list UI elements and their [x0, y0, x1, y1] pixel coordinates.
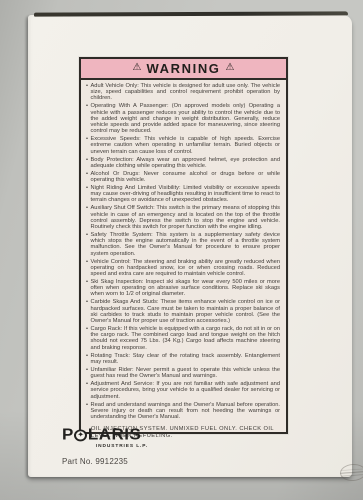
booklet-top-edge	[34, 11, 348, 16]
warning-item: •Adjustment And Service: If you are not …	[86, 381, 280, 400]
warning-item: •Read and understand warnings and the Ow…	[86, 402, 280, 421]
manual-back-page: ⚠ WARNING ⚠ •Adult Vehicle Only: This ve…	[28, 15, 352, 477]
polaris-logo: P✦LARIS	[62, 427, 322, 443]
warning-item: •Night Riding And Limited Visibility: Li…	[86, 185, 280, 204]
warning-text: Operating With A Passenger: (On approved…	[91, 103, 281, 134]
warning-item: •Carbide Skags And Studs: These items en…	[86, 299, 280, 324]
alert-triangle-icon: ⚠	[226, 63, 235, 73]
warning-item: •Vehicle Control: The steering and braki…	[86, 259, 280, 278]
warning-text: Read and understand warnings and the Own…	[91, 402, 281, 421]
warning-item: •Ski Skag Inspection: Inspect ski skags …	[86, 279, 280, 298]
warning-item: •Cargo Rack: If this vehicle is equipped…	[86, 326, 280, 351]
alert-triangle-icon: ⚠	[133, 63, 142, 73]
warning-text: Rotating Track: Stay clear of the rotati…	[91, 353, 281, 365]
warning-item: •Safety Throttle System: This system is …	[86, 232, 280, 257]
warning-text: Excessive Speeds: This vehicle is capabl…	[91, 136, 281, 155]
warning-title: WARNING	[146, 61, 220, 76]
warning-text: Body Protection: Always wear an approved…	[91, 157, 281, 169]
warning-item: •Operating With A Passenger: (On approve…	[86, 103, 280, 134]
warning-item: •Alcohol Or Drugs: Never consume alcohol…	[86, 171, 280, 183]
warning-text: Safety Throttle System: This system is a…	[91, 232, 281, 257]
warning-text: Unfamiliar Rider: Never permit a guest t…	[91, 367, 281, 379]
warning-text: Adjustment And Service: If you are not f…	[91, 381, 281, 400]
warning-header: ⚠ WARNING ⚠	[81, 59, 286, 80]
logo-text-p: P	[62, 427, 74, 443]
part-number: Part No. 9912235	[62, 457, 322, 466]
warning-item: •Auxiliary Shut Off Switch: This switch …	[86, 205, 280, 230]
printer-stamp-emblem	[339, 463, 363, 482]
warning-item: •Adult Vehicle Only: This vehicle is des…	[86, 83, 280, 102]
brand-subtitle: INDUSTRIES L.P.	[62, 444, 148, 449]
warning-text: Cargo Rack: If this vehicle is equipped …	[91, 326, 281, 351]
four-point-star-icon: ✦	[77, 431, 84, 438]
warning-text: Carbide Skags And Studs: These items enh…	[91, 299, 281, 324]
warning-text: Ski Skag Inspection: Inspect ski skags f…	[91, 279, 281, 298]
warning-item: •Unfamiliar Rider: Never permit a guest …	[86, 367, 280, 379]
warning-text: Vehicle Control: The steering and brakin…	[91, 259, 281, 278]
polaris-star-o-icon: ✦	[74, 429, 87, 441]
warning-item: •Rotating Track: Stay clear of the rotat…	[86, 353, 280, 365]
warning-box: ⚠ WARNING ⚠ •Adult Vehicle Only: This ve…	[79, 57, 288, 434]
warning-text: Adult Vehicle Only: This vehicle is desi…	[91, 83, 281, 102]
warning-list: •Adult Vehicle Only: This vehicle is des…	[81, 80, 286, 424]
warning-text: Auxiliary Shut Off Switch: This switch i…	[91, 205, 281, 230]
warning-text: Alcohol Or Drugs: Never consume alcohol …	[91, 171, 281, 183]
logo-text-rest: LARIS	[88, 427, 142, 443]
warning-item: •Body Protection: Always wear an approve…	[86, 157, 280, 169]
warning-item: •Excessive Speeds: This vehicle is capab…	[86, 136, 280, 155]
page-footer: P✦LARIS INDUSTRIES L.P. Part No. 9912235	[62, 426, 322, 466]
warning-text: Night Riding And Limited Visibility: Lim…	[91, 185, 281, 204]
